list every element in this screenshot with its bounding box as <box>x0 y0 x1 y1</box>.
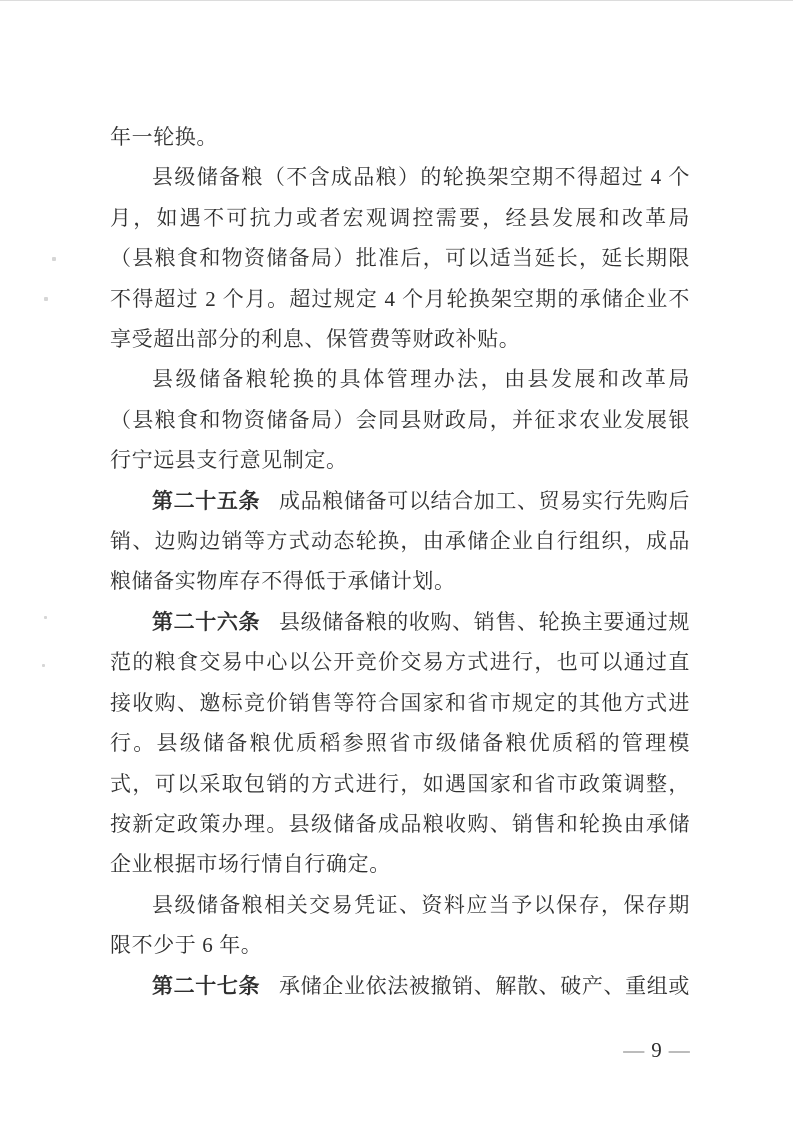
paragraph-article-26: 第二十六条县级储备粮的收购、销售、轮换主要通过规范的粮食交易中心以公开竞价交易方… <box>110 602 690 885</box>
scan-speck <box>44 297 48 301</box>
paragraph-article-27: 第二十七条承储企业依法被撤销、解散、破产、重组或 <box>110 966 690 1006</box>
paragraph-text: 承储企业依法被撤销、解散、破产、重组或 <box>279 974 690 998</box>
article-number: 第二十六条 <box>152 610 260 634</box>
paragraph: 县级储备粮（不含成品粮）的轮换架空期不得超过 4 个月，如遇不可抗力或者宏观调控… <box>110 157 690 359</box>
scan-speck <box>42 664 45 667</box>
scan-speck <box>52 257 56 261</box>
paragraph-text: 年一轮换。 <box>110 125 218 149</box>
page-number: —9— <box>597 1038 717 1062</box>
scan-edge-line <box>0 0 793 1</box>
paragraph-article-25: 第二十五条成品粮储备可以结合加工、贸易实行先购后销、边购边销等方式动态轮换，由承… <box>110 481 690 602</box>
document-page: 年一轮换。 县级储备粮（不含成品粮）的轮换架空期不得超过 4 个月，如遇不可抗力… <box>0 0 793 1122</box>
paragraph: 县级储备粮相关交易凭证、资料应当予以保存，保存期限不少于 6 年。 <box>110 885 690 966</box>
article-number: 第二十五条 <box>152 489 260 513</box>
page-number-dash: — <box>663 1038 697 1062</box>
article-number: 第二十七条 <box>152 974 260 998</box>
paragraph-text: 县级储备粮轮换的具体管理办法，由县发展和改革局（县粮食和物资储备局）会同县财政局… <box>110 367 690 472</box>
paragraph-text: 县级储备粮（不含成品粮）的轮换架空期不得超过 4 个月，如遇不可抗力或者宏观调控… <box>110 165 690 351</box>
paragraph-text: 县级储备粮相关交易凭证、资料应当予以保存，保存期限不少于 6 年。 <box>110 893 690 957</box>
page-number-value: 9 <box>651 1038 663 1062</box>
page-number-dash: — <box>617 1038 651 1062</box>
scan-speck <box>44 616 47 619</box>
paragraph-text: 县级储备粮的收购、销售、轮换主要通过规范的粮食交易中心以公开竞价交易方式进行，也… <box>110 610 690 876</box>
body-text: 年一轮换。 县级储备粮（不含成品粮）的轮换架空期不得超过 4 个月，如遇不可抗力… <box>110 117 690 1006</box>
paragraph-continuation: 年一轮换。 <box>110 117 690 157</box>
paragraph: 县级储备粮轮换的具体管理办法，由县发展和改革局（县粮食和物资储备局）会同县财政局… <box>110 359 690 480</box>
